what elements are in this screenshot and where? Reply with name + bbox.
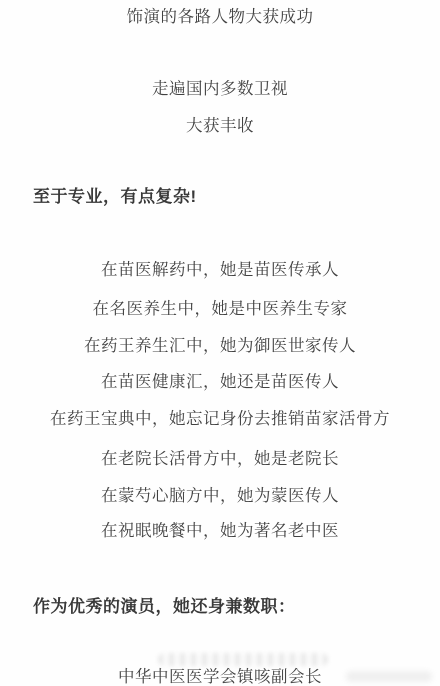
article-heading-profession: 至于专业，有点复杂! (0, 187, 440, 206)
article-role-line-3: 在药王养生汇中，她为御医世家传人 (0, 337, 440, 356)
article-role-line-8: 在祝眠晚餐中，她为著名老中医 (0, 522, 440, 541)
faint-watermark-squiggle (158, 653, 328, 666)
article-line-intro-2: 走遍国内多数卫视 (0, 80, 440, 99)
article-line-intro-1: 饰演的各路人物大获成功 (0, 8, 440, 27)
article-role-line-6: 在老院长活骨方中，她是老院长 (0, 450, 440, 469)
article-role-line-2: 在名医养生中，她是中医养生专家 (0, 300, 440, 319)
article-role-line-7: 在蒙芍心脑方中，她为蒙医传人 (0, 487, 440, 506)
article-position-line-1: 中华中医医学会镇咳副会长 (0, 668, 440, 686)
article-heading-positions: 作为优秀的演员，她还身兼数职： (0, 597, 440, 616)
article-page: 饰演的各路人物大获成功 走遍国内多数卫视 大获丰收 至于专业，有点复杂! 在苗医… (0, 0, 440, 686)
article-role-line-5: 在药王宝典中，她忘记身份去推销苗家活骨方 (0, 410, 440, 429)
article-line-intro-3: 大获丰收 (0, 117, 440, 136)
article-role-line-1: 在苗医解药中，她是苗医传承人 (0, 261, 440, 280)
article-role-line-4: 在苗医健康汇，她还是苗医传人 (0, 373, 440, 392)
